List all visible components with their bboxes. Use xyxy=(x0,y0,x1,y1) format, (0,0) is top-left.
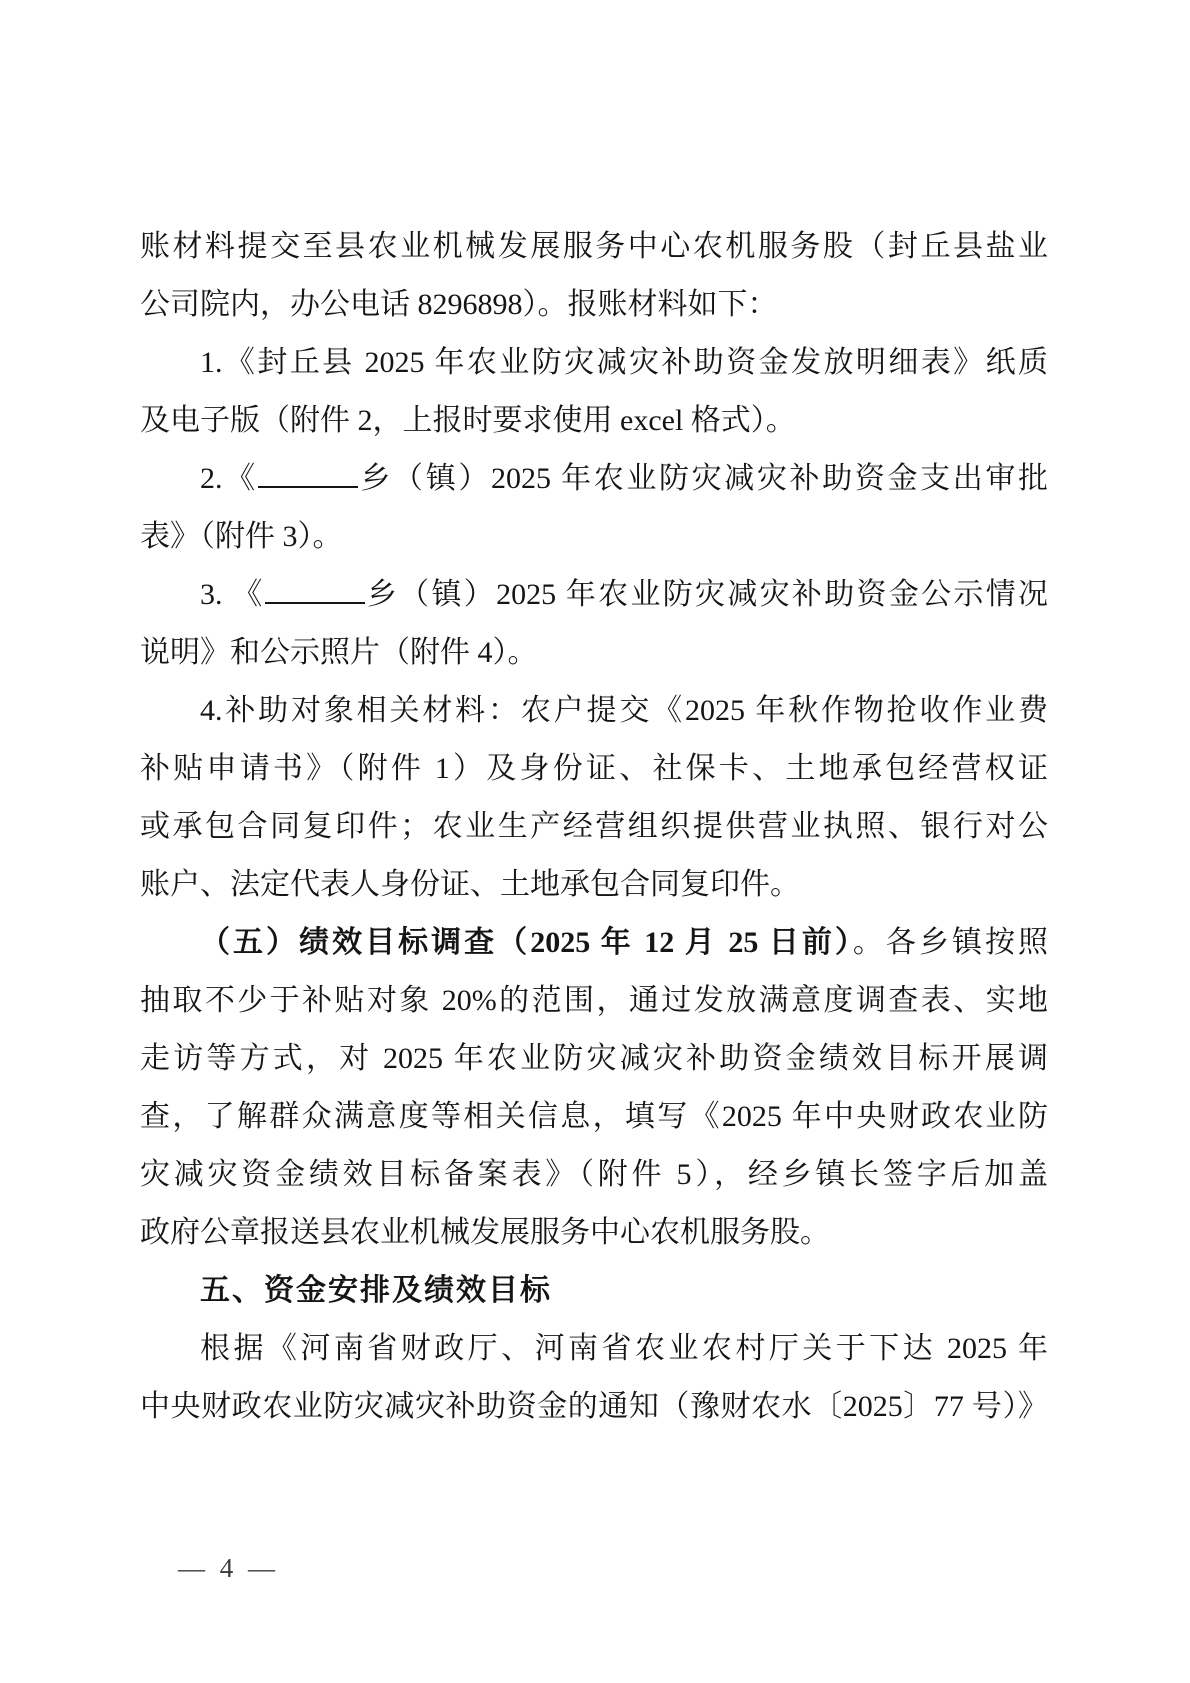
fill-in-blank xyxy=(258,458,358,489)
text-run: 灾减灾资金绩效目标备案表》（附件 5），经乡镇长签字后加盖 xyxy=(140,1158,1048,1191)
fill-in-blank xyxy=(265,574,365,605)
text-line: 账户、法定代表人身份证、土地承包合同复印件。 xyxy=(140,856,1048,914)
text-run: 根据《河南省财政厅、河南省农业农村厅关于下达 2025 年 xyxy=(200,1332,1048,1365)
text-run: 4.补助对象相关材料：农户提交《2025 年秋作物抢收作业费 xyxy=(200,694,1048,727)
text-run: 公司院内，办公电话 8296898）。报账材料如下： xyxy=(140,288,778,321)
text-line: 账材料提交至县农业机械发展服务中心农机服务股（封丘县盐业 xyxy=(140,218,1048,276)
text-run: 表》（附件 3）。 xyxy=(140,520,343,553)
text-run: 补贴申请书》（附件 1）及身份证、社保卡、土地承包经营权证 xyxy=(140,752,1048,785)
bold-text-run: （五）绩效目标调查（2025 年 12 月 25 日前） xyxy=(200,926,853,959)
text-run: 。各乡镇按照 xyxy=(853,926,1048,959)
text-line: 2.《乡（镇）2025 年农业防灾减灾补助资金支出审批 xyxy=(140,450,1048,508)
text-line: 根据《河南省财政厅、河南省农业农村厅关于下达 2025 年 xyxy=(140,1320,1048,1378)
text-line: 中央财政农业防灾减灾补助资金的通知（豫财农水〔2025〕77 号）》 xyxy=(140,1378,1048,1436)
text-run: 中央财政农业防灾减灾补助资金的通知（豫财农水〔2025〕77 号）》 xyxy=(140,1390,1048,1423)
page-number: — 4 — xyxy=(178,1548,279,1588)
text-run: 账材料提交至县农业机械发展服务中心农机服务股（封丘县盐业 xyxy=(140,230,1048,263)
text-line: 或承包合同复印件；农业生产经营组织提供营业执照、银行对公 xyxy=(140,798,1048,856)
text-line: 灾减灾资金绩效目标备案表》（附件 5），经乡镇长签字后加盖 xyxy=(140,1146,1048,1204)
text-line: 政府公章报送县农业机械发展服务中心农机服务股。 xyxy=(140,1204,1048,1262)
text-run: 政府公章报送县农业机械发展服务中心农机服务股。 xyxy=(140,1216,830,1249)
text-line: 抽取不少于补贴对象 20%的范围，通过发放满意度调查表、实地 xyxy=(140,972,1048,1030)
text-run: 走访等方式，对 2025 年农业防灾减灾补助资金绩效目标开展调 xyxy=(140,1042,1048,1075)
text-run: 抽取不少于补贴对象 20%的范围，通过发放满意度调查表、实地 xyxy=(140,984,1048,1017)
text-run: 及电子版（附件 2，上报时要求使用 excel 格式）。 xyxy=(140,404,796,437)
text-run: 账户、法定代表人身份证、土地承包合同复印件。 xyxy=(140,868,800,901)
text-line: 3. 《乡（镇）2025 年农业防灾减灾补助资金公示情况 xyxy=(140,566,1048,624)
text-run: 或承包合同复印件；农业生产经营组织提供营业执照、银行对公 xyxy=(140,810,1048,843)
text-run: 查，了解群众满意度等相关信息，填写《2025 年中央财政农业防 xyxy=(140,1100,1048,1133)
text-run: 乡（镇）2025 年农业防灾减灾补助资金公示情况 xyxy=(365,578,1048,611)
text-line: 查，了解群众满意度等相关信息，填写《2025 年中央财政农业防 xyxy=(140,1088,1048,1146)
text-run: 1.《封丘县 2025 年农业防灾减灾补助资金发放明细表》纸质 xyxy=(200,346,1048,379)
document-page: 账材料提交至县农业机械发展服务中心农机服务股（封丘县盐业公司院内，办公电话 82… xyxy=(0,0,1190,1683)
text-line: 公司院内，办公电话 8296898）。报账材料如下： xyxy=(140,276,1048,334)
section-heading: 五、资金安排及绩效目标 xyxy=(140,1262,1048,1320)
text-run: 五、资金安排及绩效目标 xyxy=(200,1274,552,1307)
text-line: 1.《封丘县 2025 年农业防灾减灾补助资金发放明细表》纸质 xyxy=(140,334,1048,392)
text-line: 4.补助对象相关材料：农户提交《2025 年秋作物抢收作业费 xyxy=(140,682,1048,740)
text-line: 及电子版（附件 2，上报时要求使用 excel 格式）。 xyxy=(140,392,1048,450)
text-run: 说明》和公示照片（附件 4）。 xyxy=(140,636,538,669)
text-line: 走访等方式，对 2025 年农业防灾减灾补助资金绩效目标开展调 xyxy=(140,1030,1048,1088)
text-line: （五）绩效目标调查（2025 年 12 月 25 日前）。各乡镇按照 xyxy=(140,914,1048,972)
document-body: 账材料提交至县农业机械发展服务中心农机服务股（封丘县盐业公司院内，办公电话 82… xyxy=(140,218,1048,1436)
text-line: 补贴申请书》（附件 1）及身份证、社保卡、土地承包经营权证 xyxy=(140,740,1048,798)
text-run: 乡（镇）2025 年农业防灾减灾补助资金支出审批 xyxy=(358,462,1048,495)
text-line: 表》（附件 3）。 xyxy=(140,508,1048,566)
text-run: 3. 《 xyxy=(200,578,265,611)
text-line: 说明》和公示照片（附件 4）。 xyxy=(140,624,1048,682)
text-run: 2.《 xyxy=(200,462,258,495)
